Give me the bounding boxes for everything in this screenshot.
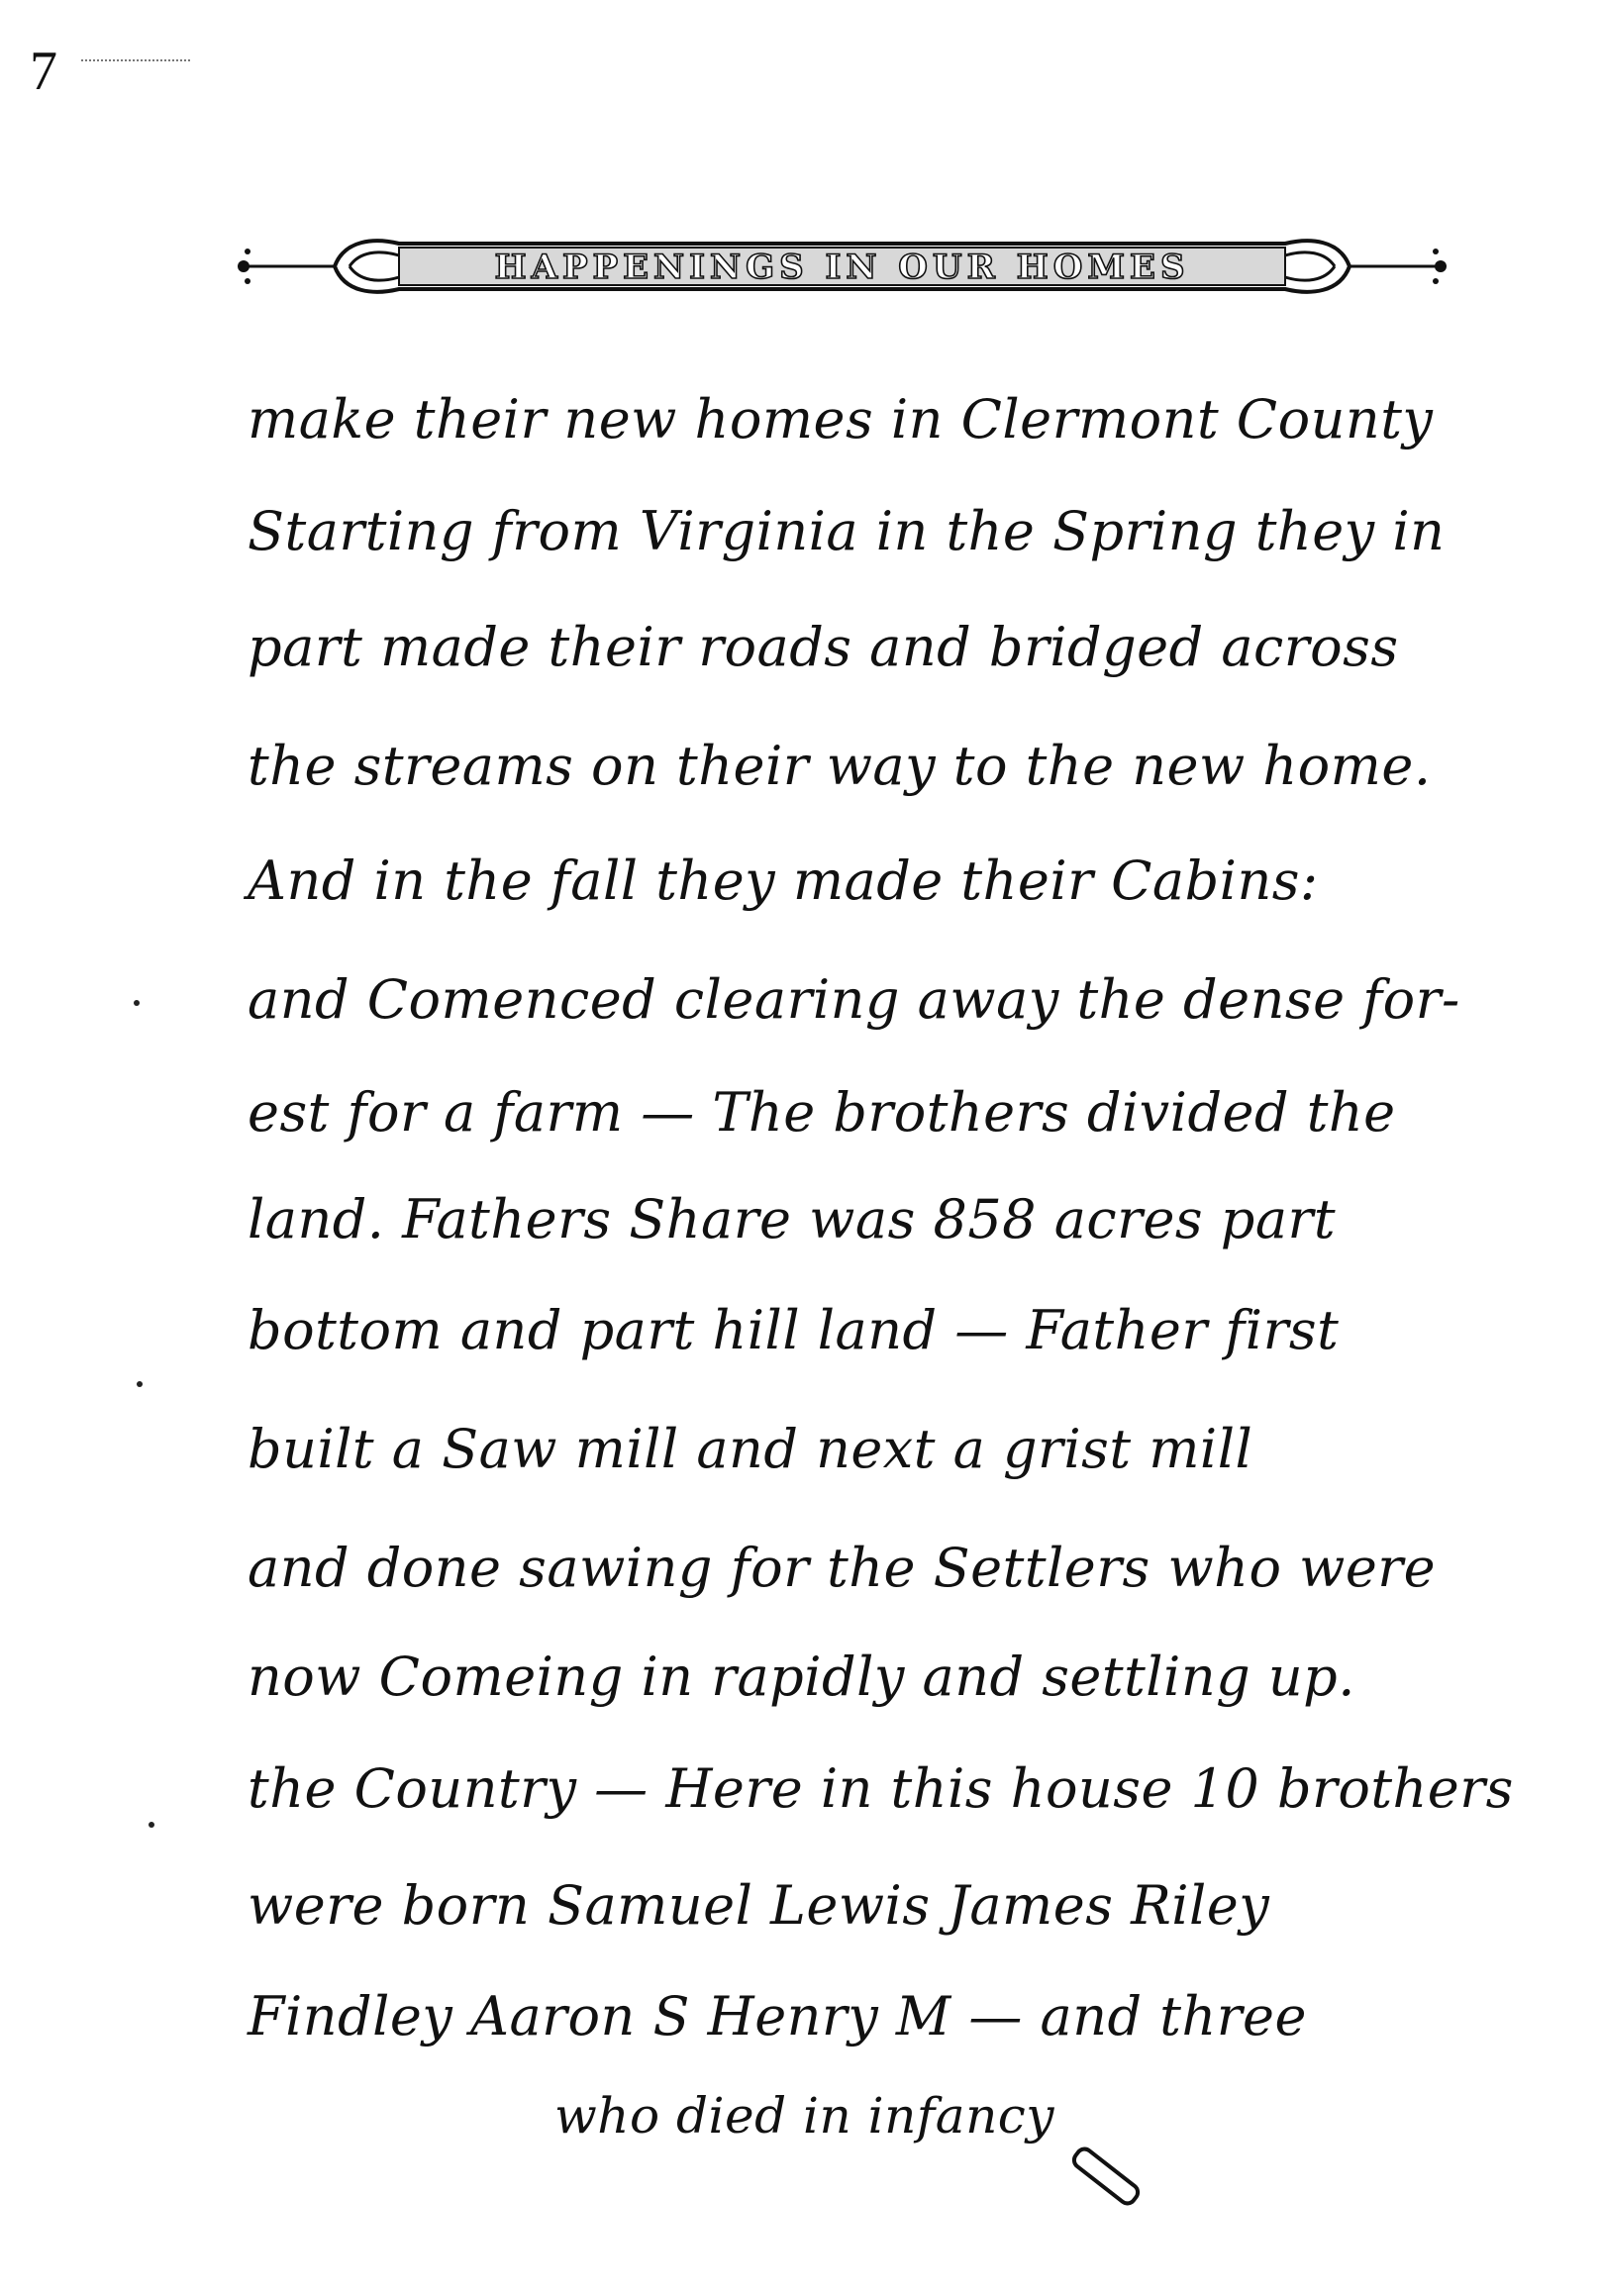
manuscript-line: the streams on their way to the new home… (248, 735, 1396, 797)
manuscript-line: were born Samuel Lewis James Riley (248, 1874, 1396, 1937)
scan-speck (134, 1000, 140, 1006)
pen-mark-icon (1068, 2144, 1144, 2210)
manuscript-line: built a Saw mill and next a grist mill (248, 1418, 1396, 1480)
manuscript-line: Starting from Virginia in the Spring the… (248, 500, 1396, 562)
manuscript-line: and Comenced clearing away the dense for… (248, 968, 1396, 1031)
manuscript-line: the Country — Here in this house 10 brot… (248, 1757, 1396, 1820)
manuscript-line: now Comeing in rapidly and settling up. (248, 1646, 1396, 1708)
manuscript-line: bottom and part hill land — Father first (248, 1299, 1396, 1361)
manuscript-line: part made their roads and bridged across (248, 616, 1396, 678)
manuscript-line: and done sawing for the Settlers who wer… (248, 1537, 1396, 1599)
manuscript-line: est for a farm — The brothers divided th… (248, 1081, 1396, 1144)
scan-speck (137, 1381, 143, 1387)
manuscript-line: And in the fall they made their Cabins: (248, 849, 1396, 912)
scan-speck (149, 1822, 154, 1828)
page-number-dots (81, 59, 190, 67)
manuscript-line: make their new homes in Clermont County (248, 388, 1396, 450)
manuscript-line: who died in infancy (554, 2087, 1054, 2145)
page-number: 7 (30, 40, 57, 103)
header-banner: HAPPENINGS IN OUR HOMES (226, 230, 1458, 303)
manuscript-line: land. Fathers Share was 858 acres part (248, 1188, 1396, 1250)
banner-title: HAPPENINGS IN OUR HOMES (335, 248, 1350, 287)
manuscript-line: Findley Aaron S Henry M — and three (248, 1985, 1396, 2047)
